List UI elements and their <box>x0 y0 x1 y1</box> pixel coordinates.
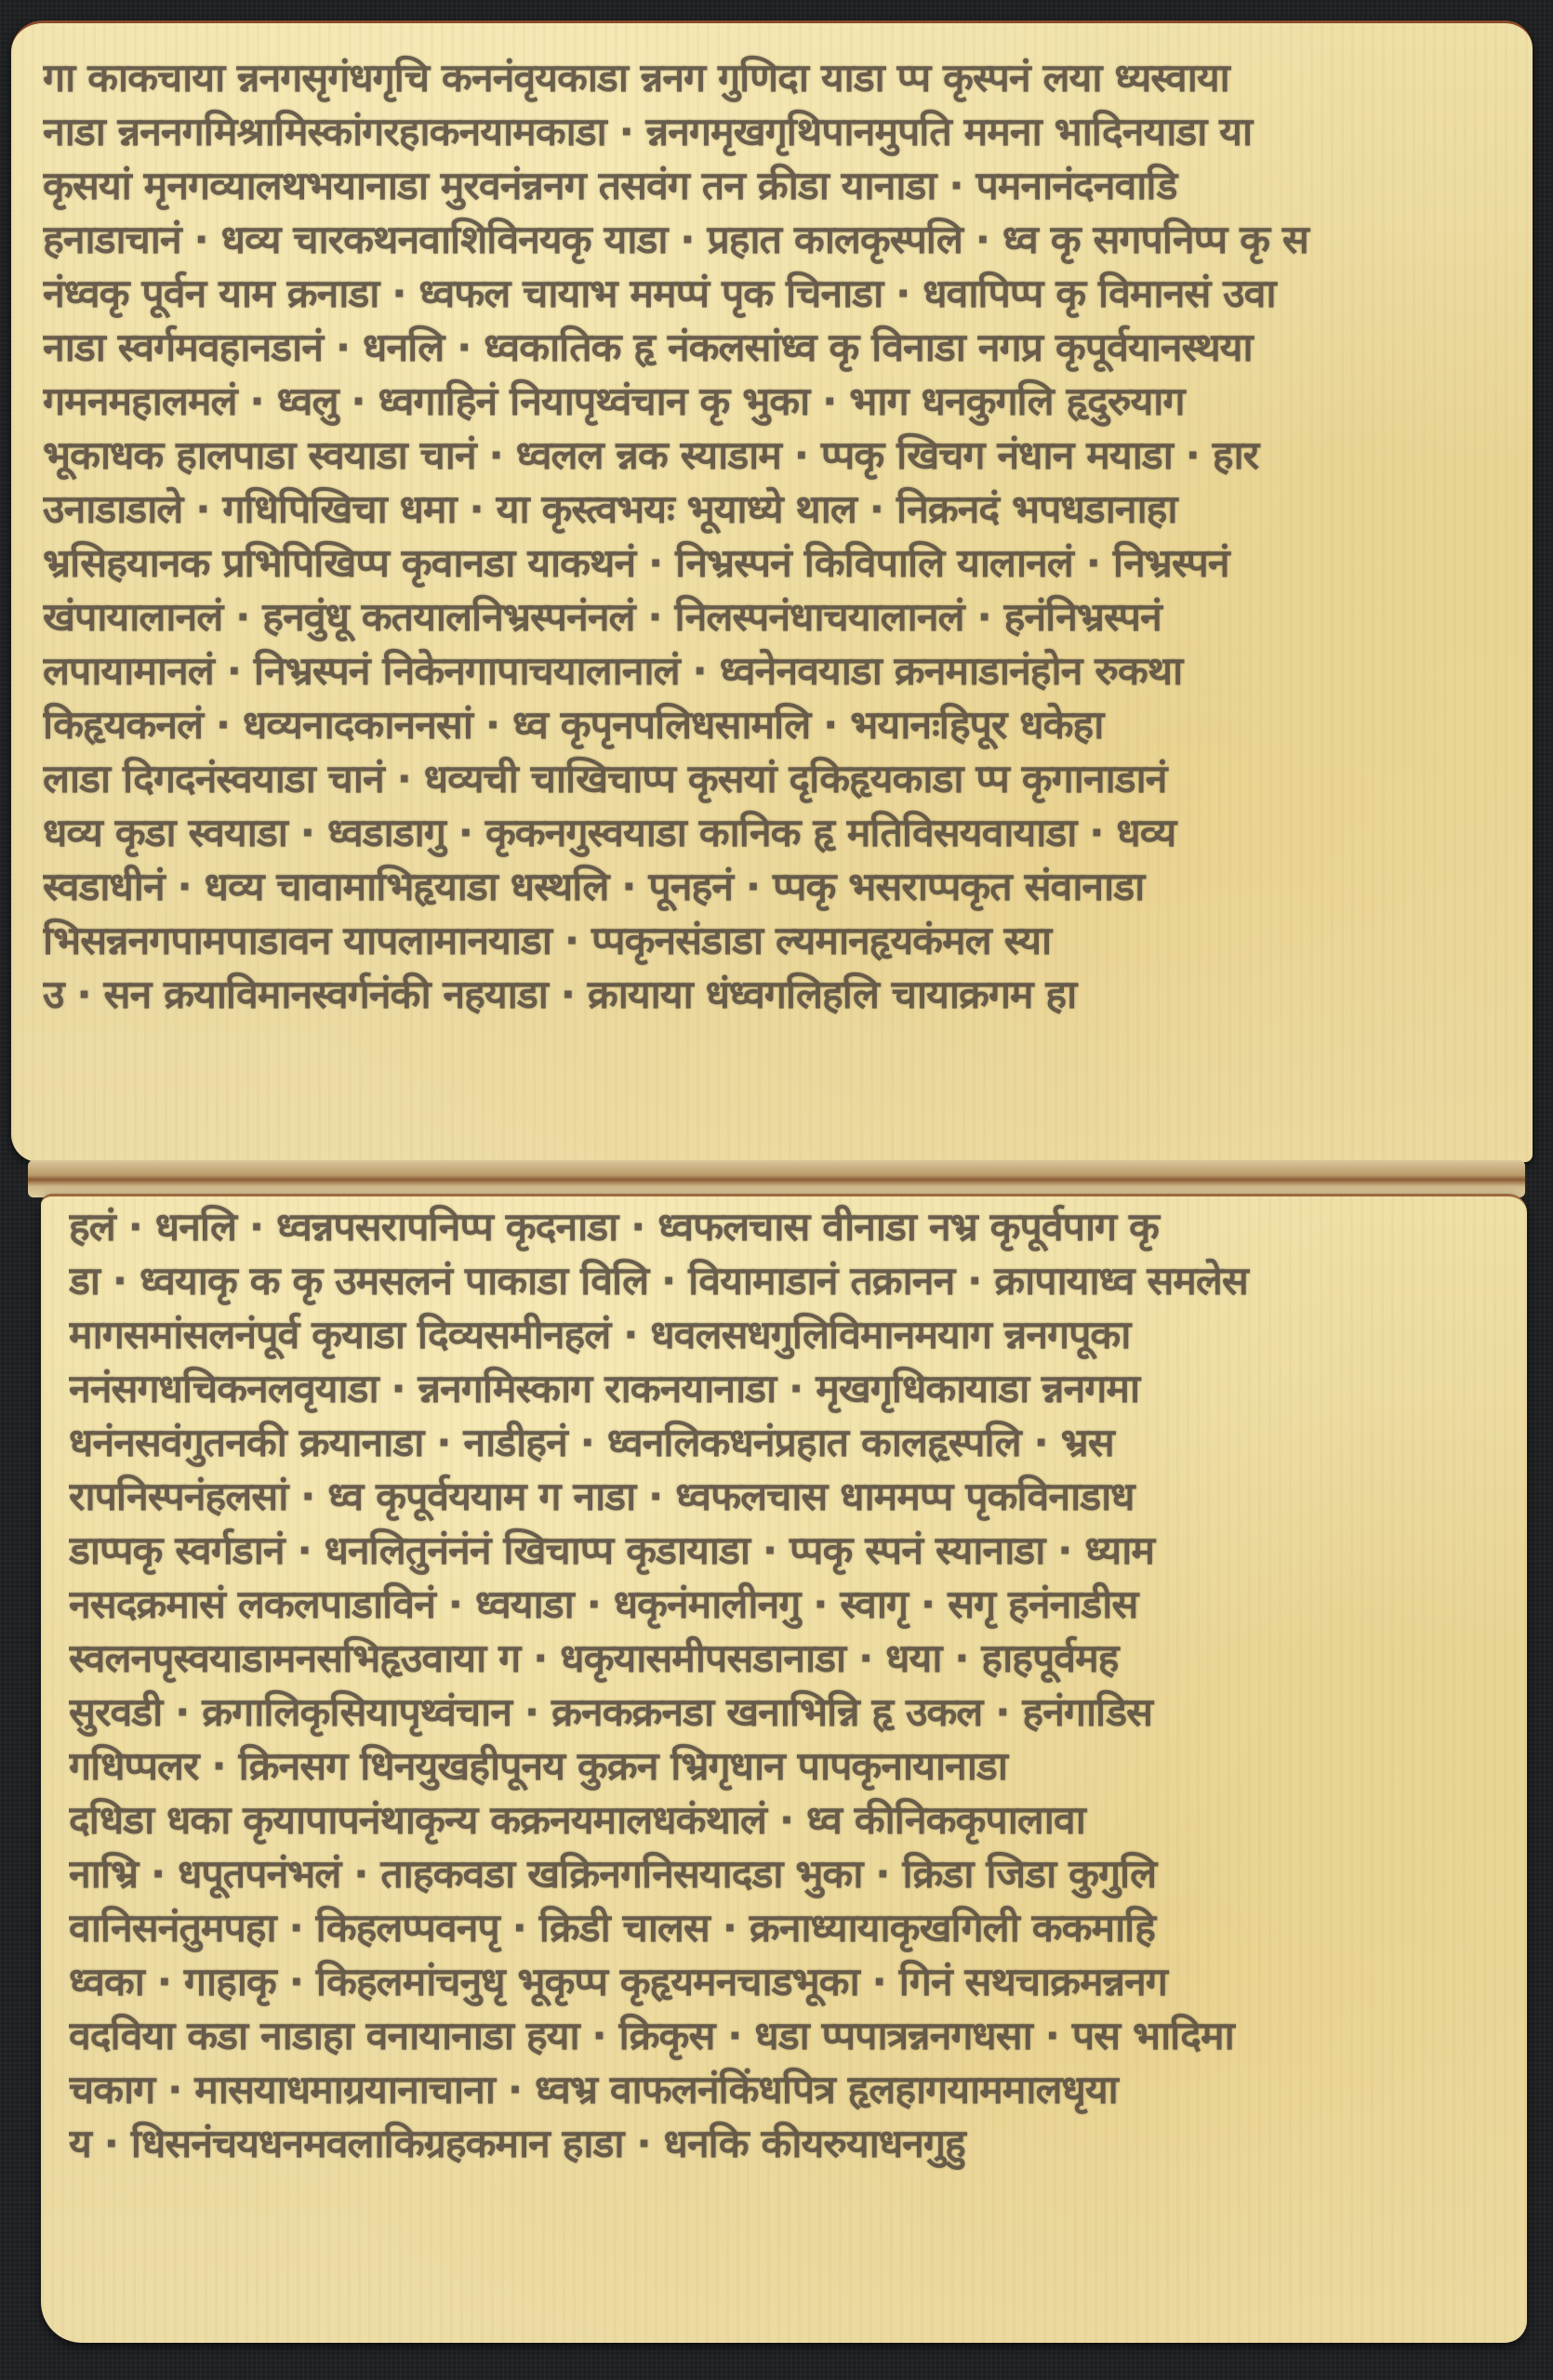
text-line: वदविया कडा नाडाहा वनायानाडा हया · क्रिकृ… <box>69 2009 1527 2063</box>
text-line: डाप्पकृ स्वर्गडानं · धनलितुनंनंनं खिचाप्… <box>69 1524 1527 1578</box>
text-line: य · धिसनंचयधनमवलाकिग्रहकमान हाडा · धनकि … <box>69 2117 1527 2171</box>
text-line: धव्य कृडा स्वयाडा · ध्वडाडागु · कृकनगुस्… <box>43 806 1533 860</box>
text-line: रापनिस्पनंहलसां · ध्व कृपूर्वययाम ग नाडा… <box>69 1470 1527 1524</box>
text-line: स्वडाधीनं · धव्य चावामाभिहृयाडा धस्थलि ·… <box>43 860 1533 914</box>
text-line: उ · सन क्रयाविमानस्वर्गनंकी नहयाडा · क्र… <box>43 968 1533 1022</box>
text-line: डा · ध्वयाकृ क कृ उमसलनं पाकाडा विलि · व… <box>69 1254 1527 1308</box>
text-line: गधिप्पलर · क्रिनसग धिनयुखहीपूनय कुक्रन भ… <box>69 1739 1527 1793</box>
text-line: ध्वका · गाहाकृ · किहलमांचनुधृ भूकृप्प कृ… <box>69 1955 1527 2009</box>
text-line: मागसमांसलनंपूर्व कृयाडा दिव्यसमीनहलं · ध… <box>69 1308 1527 1362</box>
text-line: चकाग · मासयाधमाग्रयानाचाना · ध्वभ्र वाफल… <box>69 2063 1527 2117</box>
text-line: कृसयां मृनगव्यालथभयानाडा मुरवनंन्ननग तसव… <box>43 159 1533 213</box>
text-line: नाभ्रि · धपूतपनंभलं · ताहकवडा खक्रिनगनिस… <box>69 1847 1527 1901</box>
text-line: ननंसगधचिकनलवृयाडा · न्ननगमिस्काग राकनयान… <box>69 1362 1527 1416</box>
manuscript-folio-top: गा काकचाया न्ननगसृगंधगृचि कननंवृयकाडा न्… <box>11 20 1533 1162</box>
text-line: भ्रसिहयानक प्रभिपिखिप्प कृवानडा याकथनं ·… <box>43 536 1533 590</box>
text-line: गा काकचाया न्ननगसृगंधगृचि कननंवृयकाडा न्… <box>43 51 1533 105</box>
text-line: लपायामानलं · निभ्रस्पनं निकेनगापाचयालाना… <box>43 644 1533 698</box>
text-line: नसदक्रमासं लकलपाडाविनं · ध्वयाडा · धकृनं… <box>69 1578 1527 1632</box>
text-line: भूकाधक हालपाडा स्वयाडा चानं · ध्वलल न्नक… <box>43 429 1533 483</box>
text-line: नाडा न्नननगमिश्रामिस्कांगरहाकनयामकाडा · … <box>43 105 1533 159</box>
text-line: किहृयकनलं · धव्यनादकाननसां · ध्व कृपृनपल… <box>43 698 1533 752</box>
text-line: नंध्वकृ पूर्वन याम क्रनाडा · ध्वफल चायाभ… <box>43 267 1533 321</box>
text-line: उनाडाडाले · गधिपिखिचा धमा · या कृस्त्वभय… <box>43 483 1533 536</box>
text-line: भिसन्ननगपामपाडावन यापलामानयाडा · प्पकृनस… <box>43 914 1533 968</box>
manuscript-folio-bottom: हलं · धनलि · ध्वन्नपसरापनिप्प कृदनाडा · … <box>41 1194 1527 2343</box>
text-line: खंपायालानलं · हनवुंधू कतयालनिभ्रस्पनंनलं… <box>43 590 1533 644</box>
text-line: सुरवडी · क्रगालिकृसियापृथ्वंचान · क्रनकक… <box>69 1686 1527 1739</box>
text-line: लाडा दिगदनंस्वयाडा चानं · धव्यची चाखिचाप… <box>43 752 1533 806</box>
text-line: धनंनसवंगुतनकी क्रयानाडा · नाडीहनं · ध्वन… <box>69 1416 1527 1470</box>
text-block-bottom: हलं · धनलि · ध्वन्नपसरापनिप्प कृदनाडा · … <box>69 1200 1507 2171</box>
text-line: हलं · धनलि · ध्वन्नपसरापनिप्प कृदनाडा · … <box>69 1200 1527 1254</box>
text-line: नाडा स्वर्गमवहानडानं · धनलि · ध्वकातिक ह… <box>43 321 1533 375</box>
text-line: स्वलनपृस्वयाडामनसभिहृउवाया ग · धकृयासमीप… <box>69 1632 1527 1686</box>
text-line: हनाडाचानं · धव्य चारकथनवाशिविनयकृ याडा ·… <box>43 213 1533 267</box>
text-line: दधिडा धका कृयापापनंथाकृन्य कक्रनयमालधकंथ… <box>69 1793 1527 1847</box>
folio-seam <box>28 1160 1525 1197</box>
text-block-top: गा काकचाया न्ननगसृगंधगृचि कननंवृयकाडा न्… <box>43 51 1512 1022</box>
text-line: वानिसनंतुमपहा · किहलप्पवनपृ · क्रिडी चाल… <box>69 1901 1527 1955</box>
text-line: गमनमहालमलं · ध्वलु · ध्वगाहिनं नियापृथ्व… <box>43 375 1533 429</box>
